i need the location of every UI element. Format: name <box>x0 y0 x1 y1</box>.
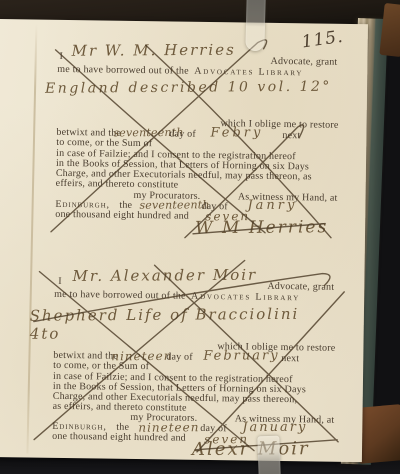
book-title-handwritten: England described 10 vol. 12° <box>45 79 332 97</box>
page-marker-strip-top <box>245 0 265 51</box>
register-page: 115. I Mr W. M. Herries Advocate, grant … <box>0 19 368 462</box>
printed-borrowed-line: me to have borrowed out of the Advocates… <box>57 64 339 80</box>
page-marker-strip-bottom <box>257 436 280 474</box>
loan-entry-2: I Mr. Alexander Moir Advocate, grant me … <box>52 268 337 472</box>
printed-borrowed-line: me to have borrowed out of the Advocates… <box>54 289 336 305</box>
borrower-signature: Alexr Moir <box>192 438 310 460</box>
library-name: Advocates Library <box>191 291 300 304</box>
library-name: Advocates Library <box>194 66 303 79</box>
borrower-signature: W M Herries <box>195 217 328 238</box>
borrower-name-handwritten: Mr. Alexander Moir <box>72 266 257 285</box>
gutter-crease <box>26 24 37 454</box>
borrower-name-handwritten: Mr W. M. Herries <box>72 41 236 60</box>
loan-entry-1: I Mr W. M. Herries Advocate, grant me to… <box>55 45 340 249</box>
book-title-handwritten: Shepherd Life of Bracciolini 4to <box>30 305 336 343</box>
